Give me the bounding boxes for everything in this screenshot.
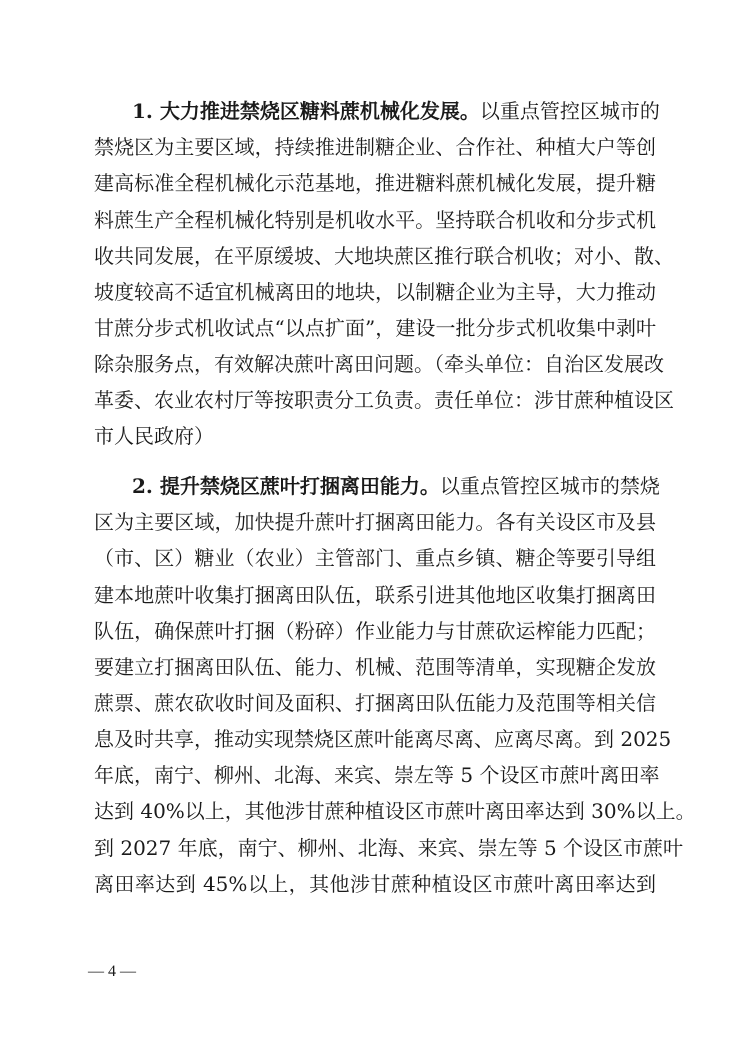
paragraph-2-text: 以重点管控区城市的禁烧 — [440, 474, 660, 498]
paragraph-1-line-1: 1. 大力推进禁烧区糖料蔗机械化发展。以重点管控区城市的 — [132, 93, 656, 129]
paragraph-1-line-5: 收共同发展，在平原缓坡、大地块蔗区推行联合机收；对小、散、 — [94, 238, 656, 274]
paragraph-2-line-5: 队伍，确保蔗叶打捆（粉碎）作业能力与甘蔗砍运榨能力匹配； — [94, 613, 656, 649]
paragraph-1-line-2: 禁烧区为主要区域，持续推进制糖企业、合作社、种植大户等创 — [94, 129, 656, 165]
paragraph-2-line-8: 息及时共享，推动实现禁烧区蔗叶能离尽离、应离尽离。到 2025 — [94, 721, 656, 757]
paragraph-2-line-10: 达到 40%以上，其他涉甘蔗种植设区市蔗叶离田率达到 30%以上。 — [94, 793, 656, 829]
paragraph-2-line-7: 蔗票、蔗农砍收时间及面积、打捆离田队伍能力及范围等相关信 — [94, 685, 656, 721]
paragraph-2-line-11: 到 2027 年底，南宁、柳州、北海、来宾、崇左等 5 个设区市蔗叶 — [94, 830, 656, 866]
document-page: 1. 大力推进禁烧区糖料蔗机械化发展。以重点管控区城市的 禁烧区为主要区域，持续… — [0, 0, 744, 1052]
paragraph-2-line-4: 建本地蔗叶收集打捆离田队伍，联系引进其他地区收集打捆离田 — [94, 577, 656, 613]
paragraph-2-heading: 2. 提升禁烧区蔗叶打捆离田能力。 — [132, 474, 440, 498]
paragraph-1-line-9: 革委、农业农村厅等按职责分工负责。责任单位：涉甘蔗种植设区 — [94, 382, 656, 418]
paragraph-1-text: 以重点管控区城市的 — [480, 99, 660, 123]
page-number: — 4 — — [88, 961, 136, 983]
paragraph-2-line-9: 年底，南宁、柳州、北海、来宾、崇左等 5 个设区市蔗叶离田率 — [94, 757, 656, 793]
paragraph-2-line-6: 要建立打捆离田队伍、能力、机械、范围等清单，实现糖企发放 — [94, 649, 656, 685]
paragraph-2-line-12: 离田率达到 45%以上，其他涉甘蔗种植设区市蔗叶离田率达到 — [94, 866, 656, 902]
paragraph-1-line-7: 甘蔗分步式机收试点“以点扩面”，建设一批分步式机收集中剥叶 — [94, 310, 656, 346]
paragraph-1-line-4: 料蔗生产全程机械化特别是机收水平。坚持联合机收和分步式机 — [94, 202, 656, 238]
paragraph-2-line-2: 区为主要区域，加快提升蔗叶打捆离田能力。各有关设区市及县 — [94, 504, 656, 540]
paragraph-2-line-3: （市、区）糖业（农业）主管部门、重点乡镇、糖企等要引导组 — [94, 540, 656, 576]
paragraph-1-line-8: 除杂服务点，有效解决蔗叶离田问题。（牵头单位：自治区发展改 — [94, 346, 656, 382]
paragraph-1-line-3: 建高标准全程机械化示范基地，推进糖料蔗机械化发展，提升糖 — [94, 165, 656, 201]
paragraph-1-heading: 1. 大力推进禁烧区糖料蔗机械化发展。 — [132, 99, 480, 123]
paragraph-1-line-6: 坡度较高不适宜机械离田的地块，以制糖企业为主导，大力推动 — [94, 274, 656, 310]
paragraph-2-line-1: 2. 提升禁烧区蔗叶打捆离田能力。以重点管控区城市的禁烧 — [132, 468, 656, 504]
paragraph-1-line-10: 市人民政府） — [94, 418, 656, 454]
